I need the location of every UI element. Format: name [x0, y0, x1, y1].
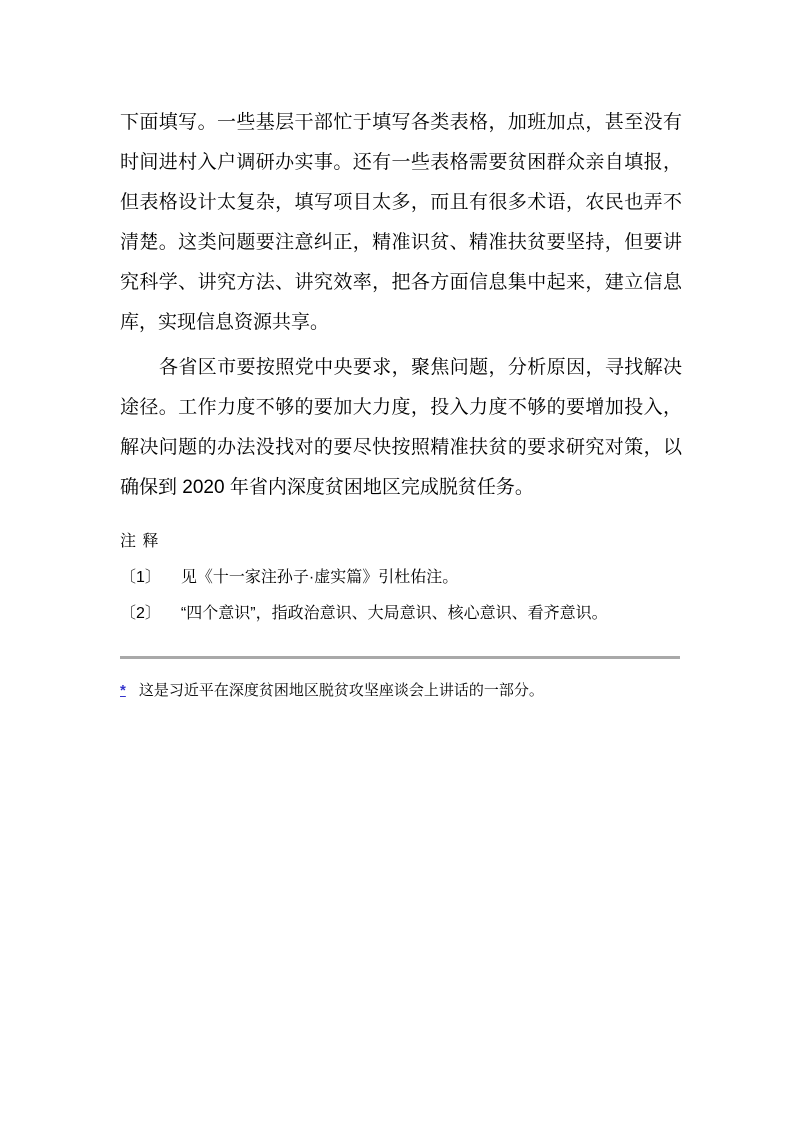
- document-page: 下面填写。一些基层干部忙于填写各类表格，加班加点，甚至没有 时间进村入户调研办实…: [0, 0, 800, 1130]
- note-2-marker: 〔2〕: [120, 601, 161, 627]
- paragraph-1: 下面填写。一些基层干部忙于填写各类表格，加班加点，甚至没有 时间进村入户调研办实…: [120, 103, 682, 343]
- paragraph-1-line-5: 究科学、讲究方法、讲究效率，把各方面信息集中起来，建立信息: [120, 263, 682, 303]
- note-item-1: 〔1〕 见《十一家注孙子·虚实篇》引杜佑注。: [120, 565, 682, 591]
- paragraph-2: 各省区市要按照党中央要求，聚焦问题，分析原因，寻找解决 途径。工作力度不够的要加…: [120, 348, 682, 508]
- paragraph-1-line-4: 清楚。这类问题要注意纠正，精准识贫、精准扶贫要坚持，但要讲: [120, 223, 682, 263]
- paragraph-2-line-4: 确保到 2020 年省内深度贫困地区完成脱贫任务。: [120, 468, 682, 508]
- footnote-divider: [120, 656, 680, 659]
- footnote-asterisk-link[interactable]: *: [120, 679, 126, 703]
- notes-heading: 注 释: [120, 529, 682, 555]
- footnote-text: 这是习近平在深度贫困地区脱贫攻坚座谈会上讲话的一部分。: [139, 679, 682, 703]
- note-1-text: 见《十一家注孙子·虚实篇》引杜佑注。: [181, 565, 682, 591]
- note-item-2: 〔2〕 “四个意识”，指政治意识、大局意识、核心意识、看齐意识。: [120, 601, 682, 627]
- paragraph-1-line-2: 时间进村入户调研办实事。还有一些表格需要贫困群众亲自填报，: [120, 143, 682, 183]
- note-1-marker: 〔1〕: [120, 565, 161, 591]
- document-content: 下面填写。一些基层干部忙于填写各类表格，加班加点，甚至没有 时间进村入户调研办实…: [120, 103, 682, 703]
- paragraph-2-line-3: 解决问题的办法没找对的要尽快按照精准扶贫的要求研究对策，以: [120, 428, 682, 468]
- paragraph-2-line-1: 各省区市要按照党中央要求，聚焦问题，分析原因，寻找解决: [120, 348, 682, 388]
- paragraph-2-line-2: 途径。工作力度不够的要加大力度，投入力度不够的要增加投入，: [120, 388, 682, 428]
- footnote: * 这是习近平在深度贫困地区脱贫攻坚座谈会上讲话的一部分。: [120, 679, 682, 703]
- paragraph-1-line-1: 下面填写。一些基层干部忙于填写各类表格，加班加点，甚至没有: [120, 103, 682, 143]
- paragraph-1-line-3: 但表格设计太复杂，填写项目太多，而且有很多术语，农民也弄不: [120, 183, 682, 223]
- note-2-text: “四个意识”，指政治意识、大局意识、核心意识、看齐意识。: [181, 601, 682, 627]
- paragraph-1-line-6: 库，实现信息资源共享。: [120, 303, 682, 343]
